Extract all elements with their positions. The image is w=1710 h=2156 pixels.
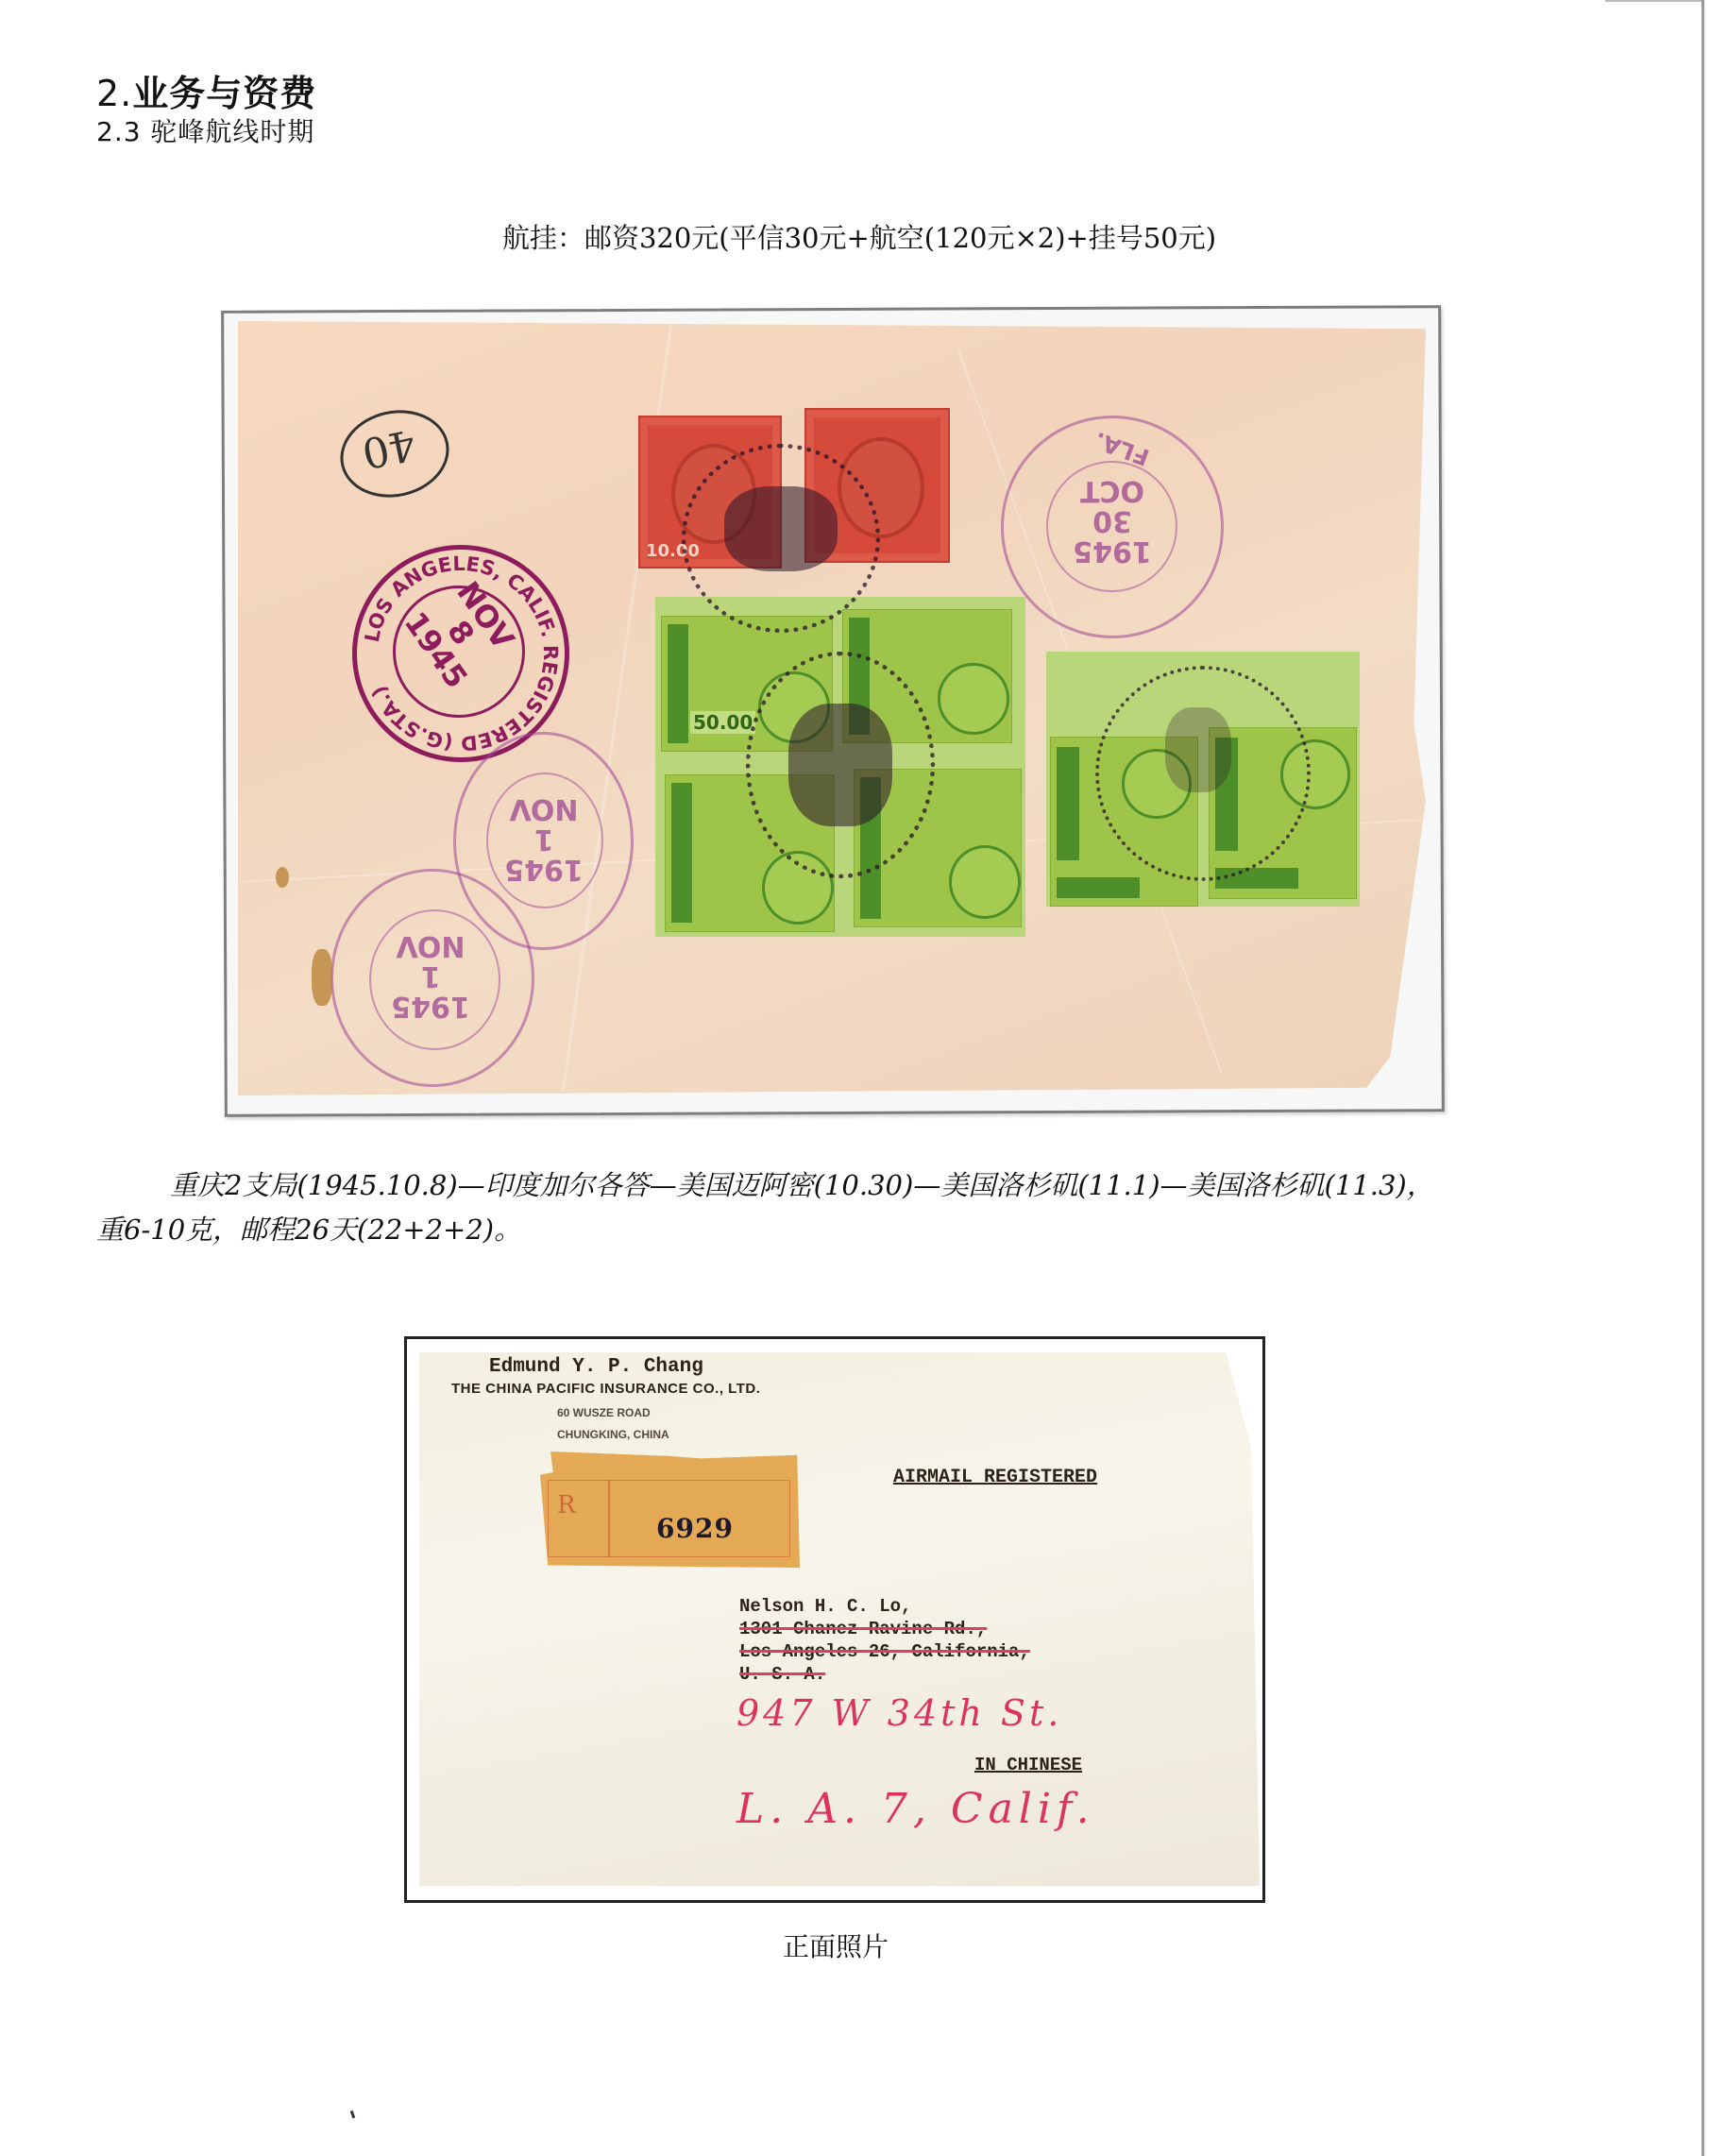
section-number: 2. — [96, 73, 132, 114]
sender-name: Edmund Y. P. Chang — [489, 1356, 703, 1378]
stamp-disc — [949, 845, 1021, 919]
registration-number: 6929 — [656, 1513, 734, 1544]
postmark-los-angeles-2: 1945 1 NOV — [330, 869, 534, 1087]
addressee-struck-line3: U. S. A. — [739, 1664, 825, 1685]
registration-letter: R — [557, 1491, 576, 1519]
sender-city: CHUNGKING, CHINA — [557, 1428, 669, 1441]
scan-speck — [350, 2111, 356, 2119]
page-edge-top — [1605, 0, 1703, 2]
paper-stain — [276, 867, 289, 888]
addressee-struck-line2: Los Angeles 26, California, — [739, 1641, 1030, 1662]
handwritten-address-line2: L. A. 7, Calif. — [736, 1785, 1095, 1833]
sender-company: THE CHINA PACIFIC INSURANCE CO., LTD. — [451, 1381, 760, 1397]
section-title: 2.业务与资费 — [96, 64, 316, 116]
manuscript-mark: 40 — [358, 419, 419, 478]
cancel-chungking — [682, 444, 880, 633]
addressee-name: Nelson H. C. Lo, — [739, 1596, 911, 1617]
postmark-los-angeles-registered: LOS ANGELES, CALIF. REGISTERED (G.STA.) … — [352, 545, 569, 762]
service-airmail-registered: AIRMAIL REGISTERED — [893, 1467, 1097, 1488]
sender-road: 60 WUSZE ROAD — [557, 1406, 651, 1419]
postage-note: 航挂：邮资320元(平信30元+航空(120元×2)+挂号50元) — [472, 217, 1246, 256]
handwritten-address-line1: 947 W 34th St. — [736, 1692, 1062, 1734]
postmark-florida: FLA. 1945 30 OCT — [1001, 416, 1224, 638]
route-caption: 重庆2支局(1945.10.8)—印度加尔各答—美国迈阿密(10.30)—美国洛… — [96, 1163, 1645, 1252]
in-chinese-note: IN CHINESE — [974, 1755, 1082, 1775]
registration-label: R — [540, 1451, 800, 1568]
page-edge — [1702, 0, 1704, 2156]
front-photo-caption: 正面照片 — [661, 1927, 1010, 1964]
cancel-chungking — [746, 652, 935, 878]
postmark-date: 1945 30 OCT — [1070, 475, 1155, 566]
route-caption-line2: 重6-10克，邮程26天(22+2+2)。 — [96, 1214, 521, 1246]
route-caption-line1: 重庆2支局(1945.10.8)—印度加尔各答—美国迈阿密(10.30)—美国洛… — [96, 1163, 1645, 1208]
stamp-disc — [938, 663, 1009, 735]
cancel-chungking — [1095, 666, 1311, 881]
paper-stain — [312, 949, 332, 1006]
postmark-date: 1945 1 NOV — [388, 930, 473, 1021]
postmark-date: 1945 1 NOV — [501, 793, 586, 884]
subsection-title: 2.3 驼峰航线时期 — [96, 111, 314, 149]
section-title-text: 业务与资费 — [132, 73, 316, 114]
addressee-struck-line1: 1301 Chanez Ravine Rd., — [739, 1619, 987, 1639]
